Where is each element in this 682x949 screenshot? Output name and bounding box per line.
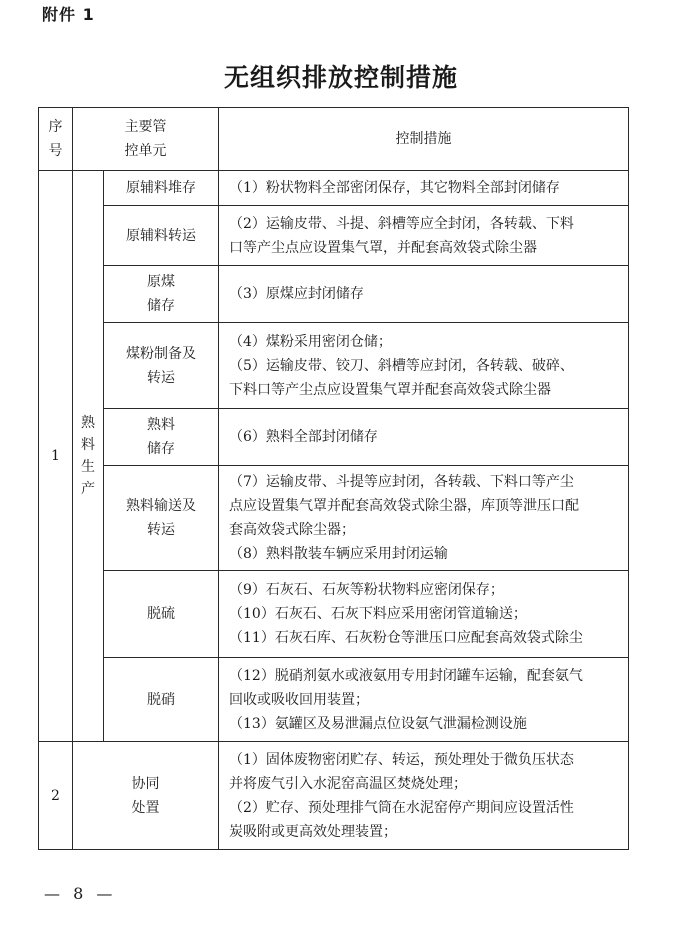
unit-cell: 熟料输送及 转运 bbox=[104, 466, 219, 571]
unit-cell: 原煤 储存 bbox=[104, 266, 219, 323]
unit-cell: 脱硝 bbox=[104, 658, 219, 742]
measures-cell: （6）熟料全部封闭储存 bbox=[219, 409, 629, 466]
category-cell: 熟 料 生 产 bbox=[73, 171, 104, 742]
control-measures-table: 序 号 主要管 控单元 控制措施 1 熟 料 生 产 原辅料堆存 （1）粉状物料… bbox=[38, 107, 629, 850]
table-row: 煤粉制备及 转运 （4）煤粉采用密闭仓储； （5）运输皮带、铰刀、斜槽等应封闭，… bbox=[39, 323, 629, 409]
table-row: 熟料 储存 （6）熟料全部封闭储存 bbox=[39, 409, 629, 466]
measures-cell: （3）原煤应封闭储存 bbox=[219, 266, 629, 323]
header-seq: 序 号 bbox=[39, 108, 73, 171]
unit-cell: 协同 处置 bbox=[73, 742, 219, 850]
seq-cell: 2 bbox=[39, 742, 73, 850]
table-header-row: 序 号 主要管 控单元 控制措施 bbox=[39, 108, 629, 171]
page-number: — 8 — bbox=[44, 884, 116, 903]
header-measures: 控制措施 bbox=[219, 108, 629, 171]
table-row: 脱硫 （9）石灰石、石灰等粉状物料应密闭保存； （10）石灰石、石灰下料应采用密… bbox=[39, 571, 629, 658]
measures-cell: （12）脱硝剂氨水或液氨用专用封闭罐车运输，配套氨气 回收或吸收回用装置； （1… bbox=[219, 658, 629, 742]
unit-cell: 原辅料堆存 bbox=[104, 171, 219, 206]
unit-cell: 熟料 储存 bbox=[104, 409, 219, 466]
table-row: 脱硝 （12）脱硝剂氨水或液氨用专用封闭罐车运输，配套氨气 回收或吸收回用装置；… bbox=[39, 658, 629, 742]
attachment-label: 附件 1 bbox=[42, 2, 95, 25]
measures-cell: （1）粉状物料全部密闭保存，其它物料全部封闭储存 bbox=[219, 171, 629, 206]
unit-cell: 脱硫 bbox=[104, 571, 219, 658]
table-row: 2 协同 处置 （1）固体废物密闭贮存、转运，预处理处于微负压状态 并将废气引入… bbox=[39, 742, 629, 850]
unit-cell: 原辅料转运 bbox=[104, 206, 219, 266]
measures-cell: （7）运输皮带、斗提等应封闭，各转载、下料口等产尘 点应设置集气罩并配套高效袋式… bbox=[219, 466, 629, 571]
header-unit: 主要管 控单元 bbox=[73, 108, 219, 171]
table-row: 熟料输送及 转运 （7）运输皮带、斗提等应封闭，各转载、下料口等产尘 点应设置集… bbox=[39, 466, 629, 571]
measures-cell: （9）石灰石、石灰等粉状物料应密闭保存； （10）石灰石、石灰下料应采用密闭管道… bbox=[219, 571, 629, 658]
seq-cell: 1 bbox=[39, 171, 73, 742]
unit-cell: 煤粉制备及 转运 bbox=[104, 323, 219, 409]
table-row: 原煤 储存 （3）原煤应封闭储存 bbox=[39, 266, 629, 323]
measures-cell: （1）固体废物密闭贮存、转运，预处理处于微负压状态 并将废气引入水泥窑高温区焚烧… bbox=[219, 742, 629, 850]
measures-cell: （2）运输皮带、斗提、斜槽等应全封闭，各转载、下料 口等产尘点应设置集气罩，并配… bbox=[219, 206, 629, 266]
measures-cell: （4）煤粉采用密闭仓储； （5）运输皮带、铰刀、斜槽等应封闭，各转载、破碎、 下… bbox=[219, 323, 629, 409]
table-row: 1 熟 料 生 产 原辅料堆存 （1）粉状物料全部密闭保存，其它物料全部封闭储存 bbox=[39, 171, 629, 206]
page-title: 无组织排放控制措施 bbox=[0, 58, 682, 94]
table-row: 原辅料转运 （2）运输皮带、斗提、斜槽等应全封闭，各转载、下料 口等产尘点应设置… bbox=[39, 206, 629, 266]
